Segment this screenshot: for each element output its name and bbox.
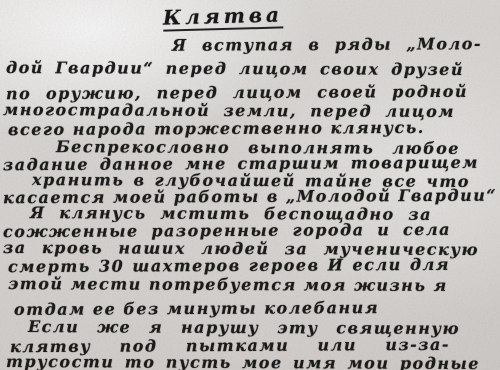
handwritten-line-14: этой мести потребуется моя жизнь я xyxy=(8,275,440,295)
handwritten-line-5: всего народа торжественно клянусь. xyxy=(8,119,420,139)
handwritten-line-2: дой Гвардии“ перед лицом своих друзей xyxy=(6,59,464,79)
handwritten-line-18: трусости то пусть мое имя мои родные xyxy=(6,353,480,370)
handwritten-line-13: смерть 30 шахтеров героев И если для xyxy=(8,256,450,276)
handwritten-line-15: отдам ее без минуты колебания xyxy=(14,299,370,319)
document-title: Клятва xyxy=(163,3,284,31)
handwritten-line-1: Я вступая в ряды „Моло- xyxy=(172,35,482,55)
manuscript-photo: Клятва Я вступая в ряды „Моло- дой Гвард… xyxy=(0,0,500,370)
